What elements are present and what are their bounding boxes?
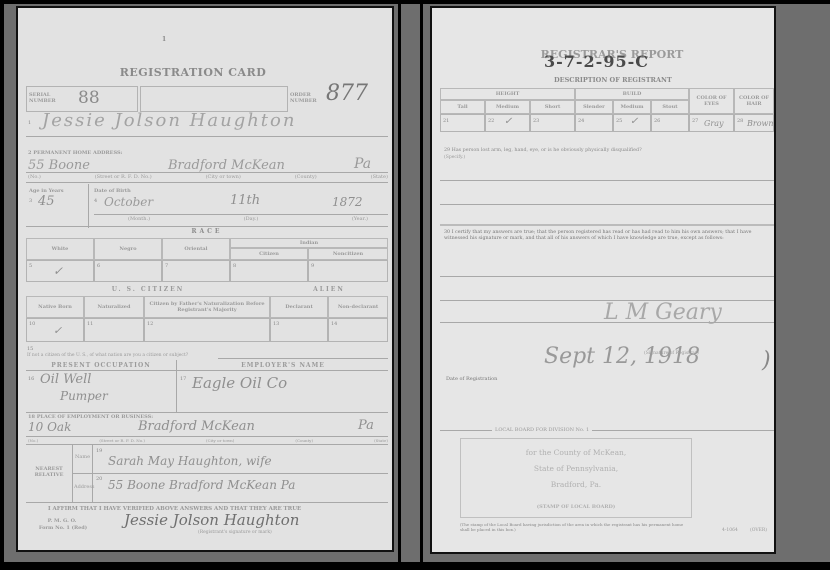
eyes-cell-27: 27Gray xyxy=(689,114,734,132)
build-col-slender: Slender xyxy=(575,100,613,114)
citizen-cell-11: 11 xyxy=(84,318,144,342)
blank-center-box xyxy=(140,86,288,112)
race-cell-9: 9 xyxy=(308,260,388,282)
employment-street: 10 Oak xyxy=(28,420,71,434)
q15-number: 15 xyxy=(27,346,33,352)
q30-line-1 xyxy=(440,276,774,277)
citizen-col-fathers: Citizen by Father's Naturalization Befor… xyxy=(144,296,270,318)
date-of-registration-value: Sept 12, 1918 xyxy=(544,344,700,369)
build-cell-24: 24 xyxy=(575,114,613,132)
signature-caption: (Registrant's signature or mark) xyxy=(198,530,272,535)
stamp-line-1: for the County of McKean, xyxy=(460,448,692,457)
employment-sublabels: (No.) (Street or R. F. D. No.) (City or … xyxy=(28,438,388,443)
description-subtitle: DESCRIPTION OF REGISTRANT xyxy=(554,76,672,84)
stamp-note: (The stamp of the Local Board having jur… xyxy=(460,522,692,532)
serial-number-label: SERIAL NUMBER xyxy=(29,92,69,104)
q29-line-2 xyxy=(440,204,774,205)
citizen-col-naturalized: Naturalized xyxy=(84,296,144,318)
scan-border-left xyxy=(0,0,4,570)
race-col-oriental: Oriental xyxy=(162,238,230,260)
employer-field-number: 17 xyxy=(180,376,186,382)
build-cell-26: 26 xyxy=(651,114,689,132)
height-col-short: Short xyxy=(530,100,575,114)
board-header-line xyxy=(440,430,774,431)
alien-col-declarant: Declarant xyxy=(270,296,328,318)
birth-month: October xyxy=(104,195,153,209)
order-number-label: ORDER NUMBER xyxy=(290,92,328,104)
race-col-noncitizen: Noncitizen xyxy=(308,248,388,260)
home-address-city: Bradford McKean xyxy=(168,158,285,173)
home-address-label: 2 PERMANENT HOME ADDRESS: xyxy=(28,150,122,156)
registrant-name: Jessie Jolson Haughton xyxy=(42,110,296,131)
build-col-stout: Stout xyxy=(651,100,689,114)
birth-year: 1872 xyxy=(332,195,363,209)
employer-value: Eagle Oil Co xyxy=(192,374,287,392)
stamp-line-4: (STAMP OF LOCAL BOARD) xyxy=(460,504,692,510)
height-cell-23: 23 xyxy=(530,114,575,132)
registration-card-back: REGISTRAR'S REPORT 3-7-2-95-C DESCRIPTIO… xyxy=(430,6,776,554)
date-of-registration-label: Date of Registration xyxy=(446,376,497,382)
citizen-col-native: Native Born xyxy=(26,296,84,318)
stamp-line-2: State of Pennsylvania, xyxy=(460,464,692,473)
page-marker: 1 xyxy=(162,36,166,43)
q29-text: 29 Has person lost arm, leg, hand, eye, … xyxy=(444,148,774,153)
q30-text: 30 I certify that my answers are true; t… xyxy=(444,230,774,242)
registrant-signature: Jessie Jolson Haughton xyxy=(124,511,299,529)
eyes-header: COLOR OF EYES xyxy=(689,88,734,114)
home-address-label-text: PERMANENT HOME ADDRESS: xyxy=(33,150,122,156)
birth-sublabels: (Month.) (Day.) (Year.) xyxy=(128,216,368,222)
race-cell-7: 7 xyxy=(162,260,230,282)
q29-line-1 xyxy=(440,180,774,181)
board-header: LOCAL BOARD FOR DIVISION No. 1 xyxy=(492,427,592,433)
alien-header: ALIEN xyxy=(270,286,388,293)
divider xyxy=(26,226,388,227)
relative-name-value: Sarah May Haughton, wife xyxy=(108,454,272,468)
us-citizen-header: U. S. CITIZEN xyxy=(26,286,270,293)
race-cell-6: 6 xyxy=(94,260,162,282)
age-value: 45 xyxy=(38,194,55,209)
scan-border-bottom xyxy=(0,562,830,570)
registrar-mark: ) xyxy=(762,348,771,373)
build-col-medium: Medium xyxy=(613,100,651,114)
build-header: BUILD xyxy=(575,88,689,100)
divider xyxy=(26,182,388,183)
occ-divider xyxy=(176,360,177,412)
name-field-number: 1 xyxy=(28,120,31,126)
card-title: REGISTRATION CARD xyxy=(108,66,278,79)
race-indian-header: Indian xyxy=(230,238,388,248)
home-address-field-number: 2 xyxy=(28,150,31,156)
divider xyxy=(26,502,388,503)
relative-address-value: 55 Boone Bradford McKean Pa xyxy=(108,478,295,492)
scan-gap-right xyxy=(420,0,423,570)
scan-border-top xyxy=(0,0,830,4)
form-id-line2: Form No. 1 (Red) xyxy=(28,525,98,531)
footer-code-2: (OVER) xyxy=(750,528,767,533)
citizen-cell-12: 12 xyxy=(144,318,270,342)
height-cell-22: 22✓ xyxy=(485,114,530,132)
relative-address-label: Address xyxy=(74,484,95,490)
race-col-citizen: Citizen xyxy=(230,248,308,260)
footer-code-1: 4-1064 xyxy=(722,528,738,533)
age-field-number: 3 xyxy=(29,198,32,204)
employment-underline xyxy=(26,436,388,437)
occupation-value-2: Pumper xyxy=(60,389,108,403)
race-cell-8: 8 xyxy=(230,260,308,282)
home-address-sublabels: (No.) (Street or R. F. D. No.) (City or … xyxy=(28,174,388,180)
alien-cell-14: 14 xyxy=(328,318,388,342)
relative-address-number: 20 xyxy=(96,476,102,482)
relative-name-label: Name xyxy=(75,454,90,460)
employer-label: EMPLOYER'S NAME xyxy=(178,362,388,369)
stamped-serial: 3-7-2-95-C xyxy=(544,52,649,71)
race-header: RACE xyxy=(26,228,388,235)
order-number-value: 877 xyxy=(326,81,368,106)
q15-line xyxy=(218,358,388,359)
alien-cell-13: 13 xyxy=(270,318,328,342)
home-address-street: 55 Boone xyxy=(28,158,90,173)
race-cell-5: 5 ✓ xyxy=(26,260,94,282)
q29-specify: (Specify.) xyxy=(444,155,465,160)
scan-gap xyxy=(398,0,401,570)
citizen-cell-10: 10 ✓ xyxy=(26,318,84,342)
birth-field-number: 4 xyxy=(94,198,97,204)
relative-mid-line xyxy=(72,473,388,474)
alien-col-nondeclarant: Non-declarant xyxy=(328,296,388,318)
height-header: HEIGHT xyxy=(440,88,575,100)
divider xyxy=(26,370,388,371)
height-col-tall: Tall xyxy=(440,100,485,114)
build-cell-25: 25✓ xyxy=(613,114,651,132)
occupation-field-number: 16 xyxy=(28,376,34,382)
employment-city: Bradford McKean xyxy=(138,419,255,434)
registrar-signature: L M Geary xyxy=(604,300,722,325)
height-col-medium: Medium xyxy=(485,100,530,114)
age-divider xyxy=(88,184,89,228)
hair-header: COLOR OF HAIR xyxy=(734,88,774,114)
race-col-negro: Negro xyxy=(94,238,162,260)
serial-number-value: 88 xyxy=(78,88,100,108)
birth-date-label: Date of Birth xyxy=(94,188,131,194)
occupation-label: PRESENT OCCUPATION xyxy=(26,362,176,369)
name-underline xyxy=(26,136,388,137)
home-address-state: Pa xyxy=(354,156,371,172)
birth-underline xyxy=(94,214,388,215)
hair-cell-28: 28Brown xyxy=(734,114,774,132)
q29-line-3 xyxy=(440,224,774,226)
form-id-line1: P. M. G. O. xyxy=(32,518,92,524)
relative-name-number: 19 xyxy=(96,448,102,454)
occupation-value-1: Oil Well xyxy=(40,372,91,387)
q15-text: If not a citizen of the U. S., of what n… xyxy=(27,353,188,358)
registration-card-front: 1 REGISTRATION CARD SERIAL NUMBER 88 ORD… xyxy=(16,6,394,552)
birth-day: 11th xyxy=(230,193,260,208)
height-cell-21: 21 xyxy=(440,114,485,132)
home-address-underline xyxy=(26,172,388,173)
stamp-line-3: Bradford, Pa. xyxy=(460,480,692,489)
divider xyxy=(26,412,388,413)
divider xyxy=(26,444,388,445)
nearest-relative-label: NEAREST RELATIVE xyxy=(28,466,70,478)
race-col-white: White xyxy=(26,238,94,260)
employment-state: Pa xyxy=(358,418,374,433)
